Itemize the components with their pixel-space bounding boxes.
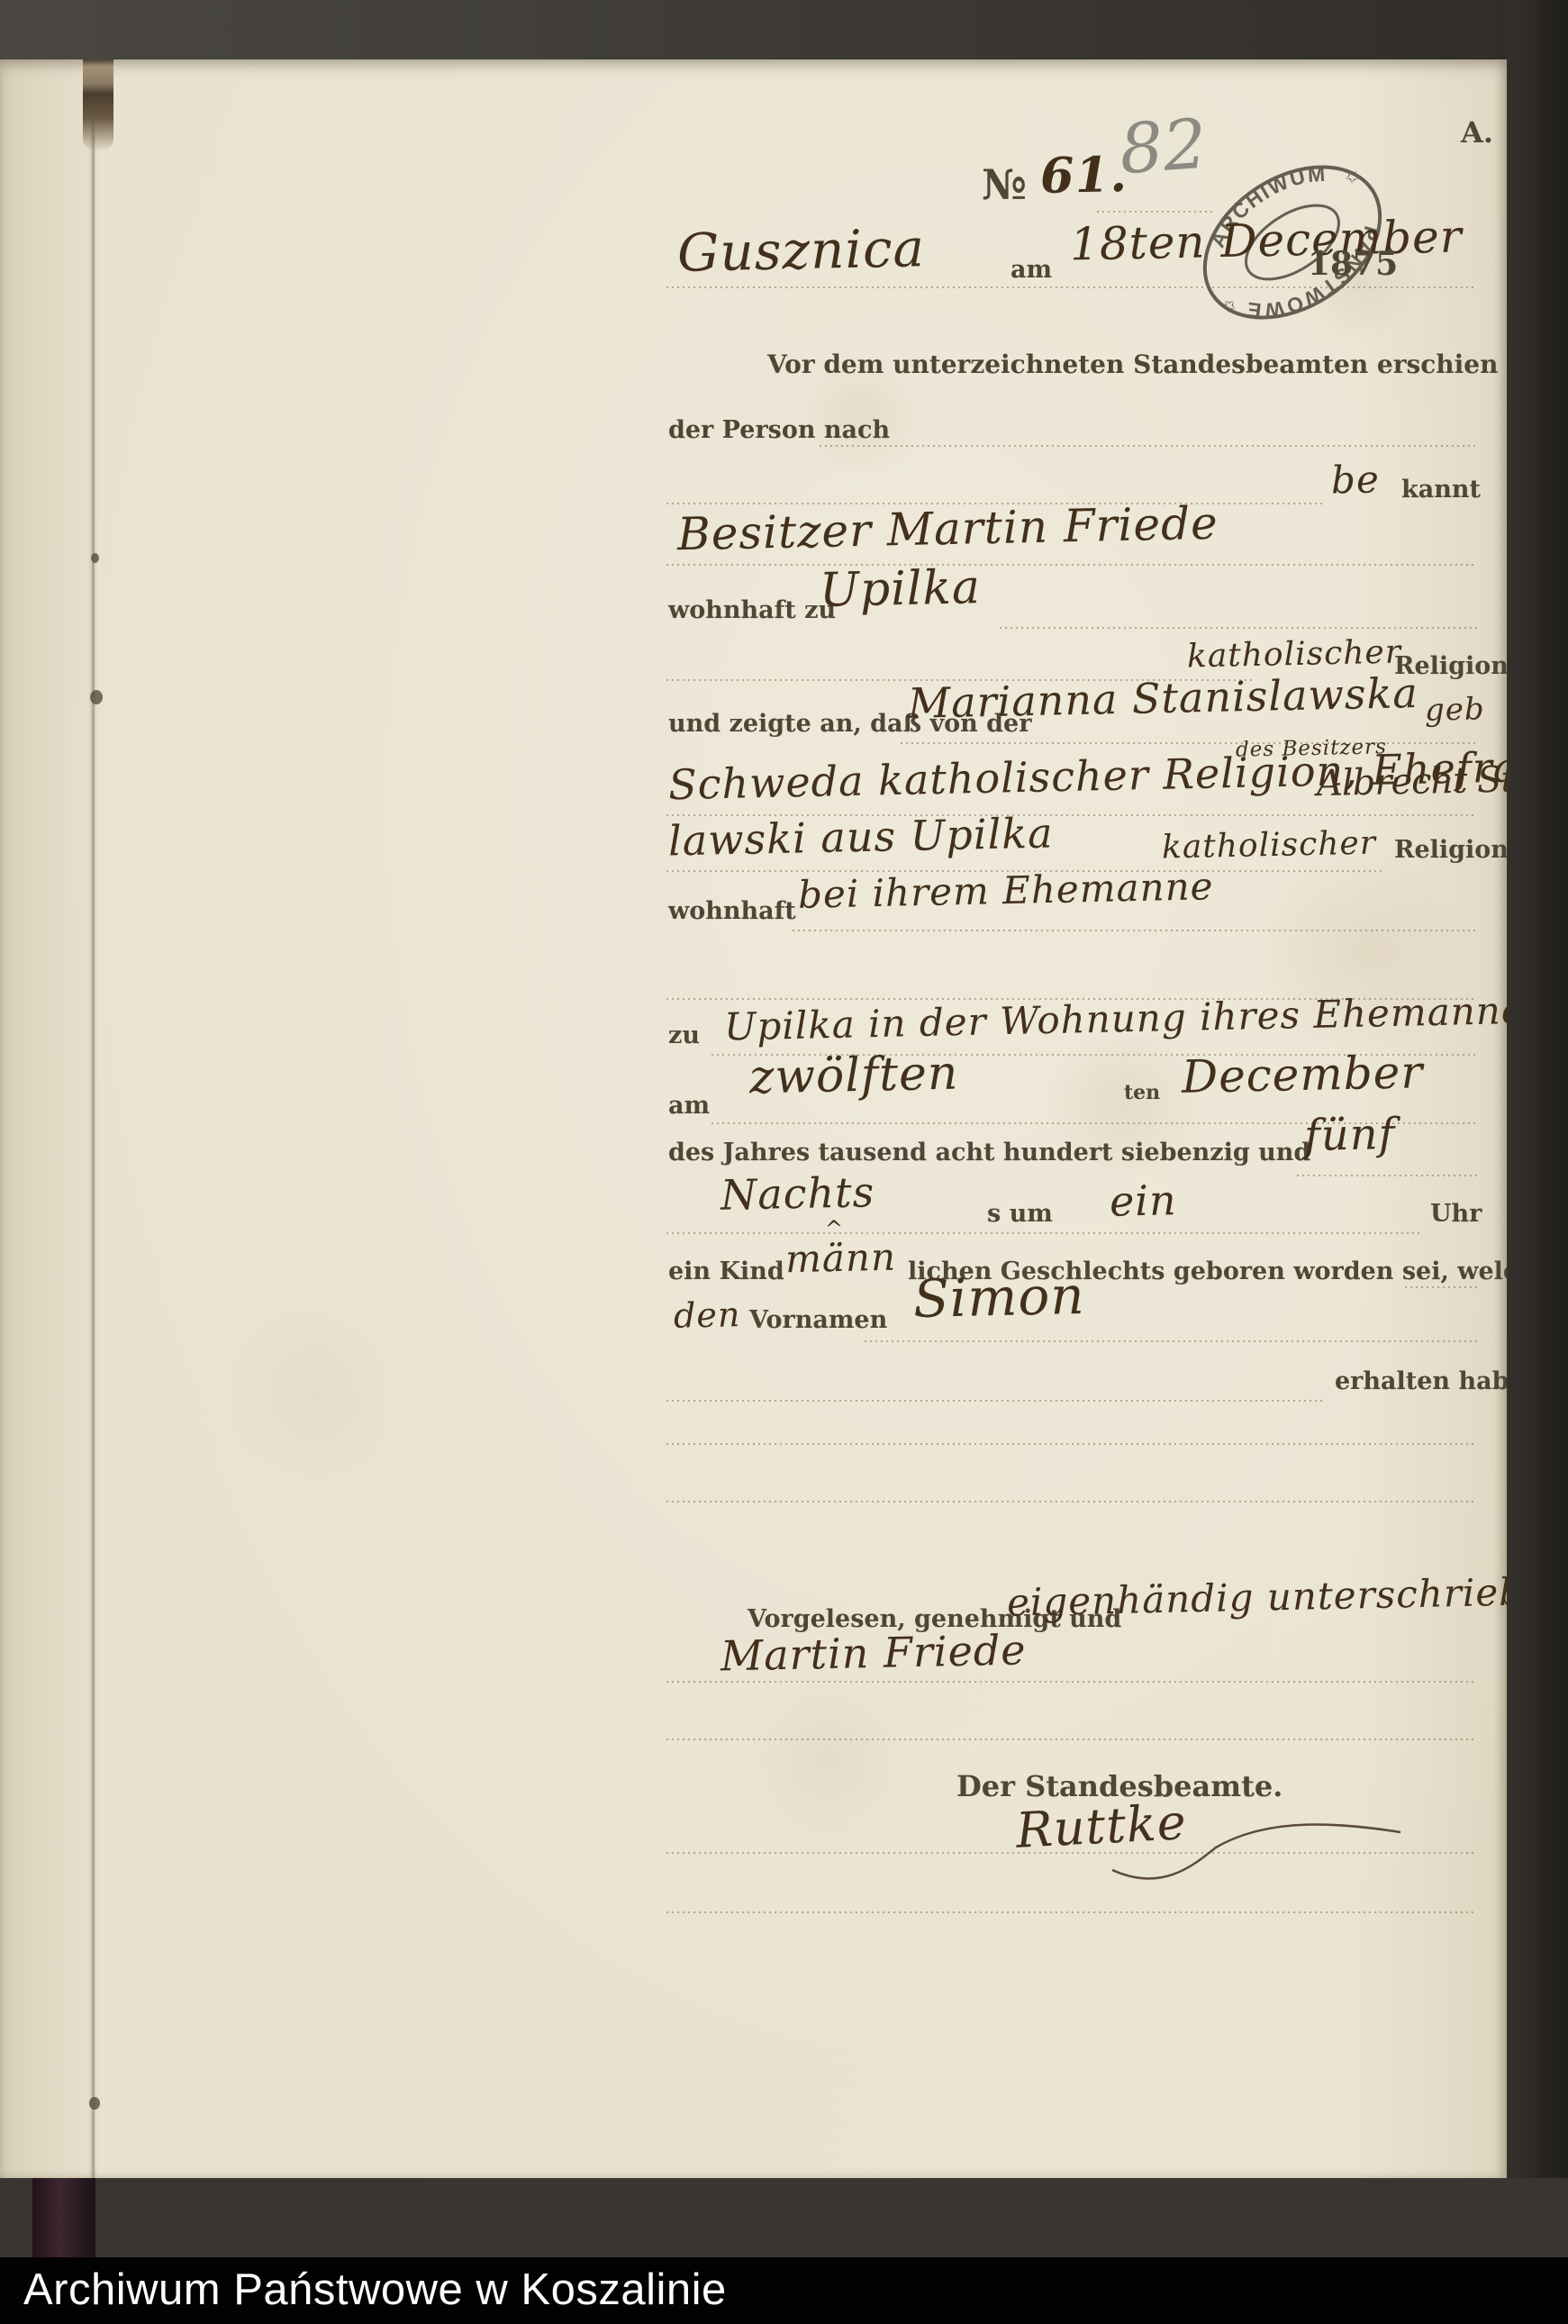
dotted-line [666, 564, 1477, 566]
dotted-line [666, 1232, 1423, 1234]
hw-eigenhaendig: eigenhändig unterschrieben [1007, 1568, 1507, 1624]
pencil-annotation: 82 [1117, 104, 1210, 190]
residence2-entry: bei ihrem Ehemanne [798, 864, 1214, 917]
dotted-line [666, 286, 1477, 288]
record-number-prefix: № [982, 160, 1027, 209]
religion2-entry: katholischer [1162, 825, 1377, 867]
printed-ein-kind: ein Kind [668, 1257, 784, 1285]
hw-den: den [674, 1294, 741, 1336]
gender-entry: männ [785, 1235, 897, 1282]
binding-knot [83, 59, 113, 151]
paper-stain [739, 1681, 919, 1834]
hw-geb: geb [1425, 691, 1485, 728]
birthplace-entry: Upilka in der Wohnung ihres Ehemannes [724, 987, 1507, 1049]
binding-fold-seam [88, 59, 97, 2178]
declarant-signature: Martin Friede [720, 1625, 1027, 1680]
book-spine [32, 2178, 95, 2257]
father-name-entry: Albrecht Stanis [1317, 758, 1507, 804]
time-period-entry: Nachts [720, 1167, 875, 1220]
corner-letter: A. [1461, 115, 1493, 150]
printed-uhr: Uhr [1430, 1200, 1482, 1228]
scan-border-right [1507, 0, 1568, 2324]
year-entry: fünf [1303, 1109, 1396, 1161]
dotted-line [1297, 1175, 1477, 1176]
archive-caption-bar: Archiwum Państwowe w Koszalinie [0, 2257, 1568, 2324]
dotted-line [1405, 1286, 1477, 1288]
registrar-signature-flourish [1108, 1807, 1405, 1888]
dotted-line [666, 1501, 1477, 1502]
printed-zu: zu [668, 1021, 700, 1049]
printed-kannt: kannt [1401, 476, 1481, 504]
dotted-line [666, 1681, 1477, 1683]
mother-name-entry: Marianna Stanislawska [907, 668, 1418, 728]
printed-am: am [1011, 256, 1052, 284]
printed-s-um: s um [987, 1200, 1053, 1228]
sewing-hole [91, 553, 99, 563]
dotted-line [1000, 627, 1477, 629]
child-name-entry: Simon [912, 1265, 1085, 1330]
dotted-line [901, 742, 1477, 744]
printed-ten: ten [1124, 1081, 1160, 1104]
superscript-des-besitzers: des Besitzers [1236, 735, 1387, 762]
dotted-line [820, 445, 1477, 447]
birth-day-entry: zwölften [748, 1047, 958, 1105]
dotted-line [793, 930, 1477, 931]
record-number-value: 61. [1039, 145, 1128, 204]
dotted-line [865, 1340, 1477, 1342]
printed-am2: am [668, 1092, 710, 1120]
form-intro: Vor dem unterzeichneten Standesbeamten e… [767, 350, 1507, 379]
dotted-line [666, 1738, 1477, 1740]
birth-month-entry: December [1181, 1046, 1423, 1103]
residence-entry: Upilka [819, 560, 981, 618]
sewing-hole [90, 690, 103, 704]
printed-erhalten-habe: erhalten habe [1335, 1367, 1507, 1395]
sewing-hole [89, 2097, 100, 2110]
printed-wohnhaft: wohnhaft [668, 897, 796, 925]
dotted-line [666, 1852, 1477, 1854]
hw-be: be [1330, 457, 1380, 502]
date-entry: 18ten December [1069, 210, 1463, 270]
printed-vornamen: Vornamen [749, 1306, 887, 1334]
place-entry: Gusznica [676, 217, 925, 284]
archive-caption-label: Archiwum Państwowe w Koszalinie [23, 2265, 727, 2315]
dotted-line [666, 1400, 1324, 1402]
scan-border-top [0, 0, 1568, 59]
scan-border-bottom [0, 2178, 1568, 2257]
paper-stain [216, 1303, 414, 1483]
dotted-line [666, 1911, 1477, 1913]
scanned-register-page: A. № 61. 82 ARCHIWUM PAŃSTWOWE ✩ ✩ [0, 0, 1568, 2324]
printed-religion2: Religion [1394, 836, 1507, 864]
insertion-caret: ^ [825, 1216, 845, 1241]
father-name-continued: lawski aus Upilka [667, 809, 1054, 866]
register-page: A. № 61. 82 ARCHIWUM PAŃSTWOWE ✩ ✩ [0, 59, 1507, 2178]
printed-year: 1875 [1308, 245, 1398, 283]
printed-person-nach: der Person nach [668, 416, 890, 444]
printed-year-words: des Jahres tausend acht hundert siebenzi… [668, 1139, 1310, 1167]
dotted-line [666, 1443, 1477, 1445]
printed-wohnhaft-zu: wohnhaft zu [668, 596, 836, 624]
declarant-entry: Besitzer Martin Friede [676, 497, 1219, 561]
hour-entry: ein [1109, 1176, 1177, 1226]
